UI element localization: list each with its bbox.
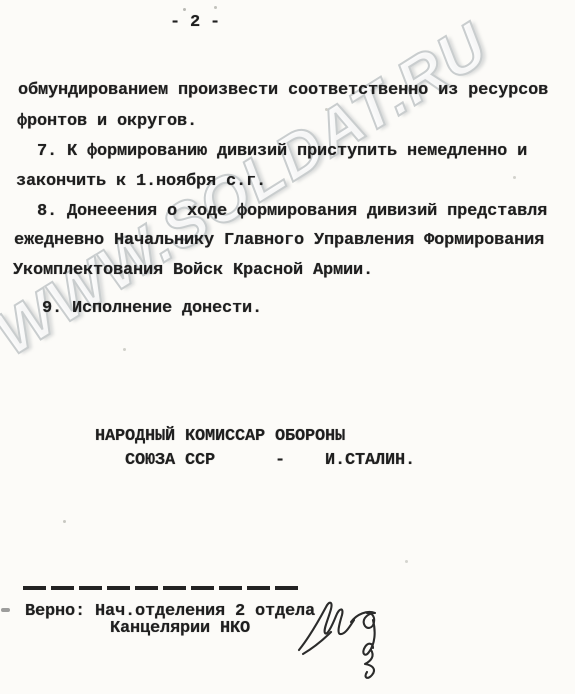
handwritten-signature bbox=[293, 592, 397, 692]
certification-line-2: Канцелярии НКО bbox=[110, 619, 250, 639]
scanned-document-page: WWW.SOLDAT.RU - 2 - обмундированием прои… bbox=[0, 0, 575, 694]
paragraph-8-line-3: Укомплектования Войск Красной Армии. bbox=[13, 261, 373, 281]
scan-edge-artifact bbox=[1, 608, 10, 612]
signature-block-line-2: СОЮЗА ССР - И.СТАЛИН. bbox=[125, 451, 415, 471]
paragraph-7-line-1: 7. К формированию дивизий приступить нем… bbox=[37, 142, 527, 162]
paragraph-8-line-1: 8. Донееения о ходе формирования дивизий… bbox=[37, 202, 547, 222]
page-number: - 2 - bbox=[170, 13, 220, 33]
paragraph-6-line-2: фронтов и округов. bbox=[17, 112, 197, 132]
paragraph-8-line-2: ежедневно Начальнику Главного Управления… bbox=[14, 231, 544, 251]
paragraph-6-line-1: обмундированием произвести соответственн… bbox=[18, 81, 548, 101]
paragraph-9-line-1: 9. Исполнение донести. bbox=[42, 299, 262, 319]
dashed-divider-line bbox=[23, 586, 303, 590]
paragraph-7-line-2: закончить к 1.ноября с.г. bbox=[16, 172, 266, 192]
scan-specks bbox=[183, 8, 186, 11]
signature-block-line-1: НАРОДНЫЙ КОМИССАР ОБОРОНЫ bbox=[95, 427, 345, 447]
